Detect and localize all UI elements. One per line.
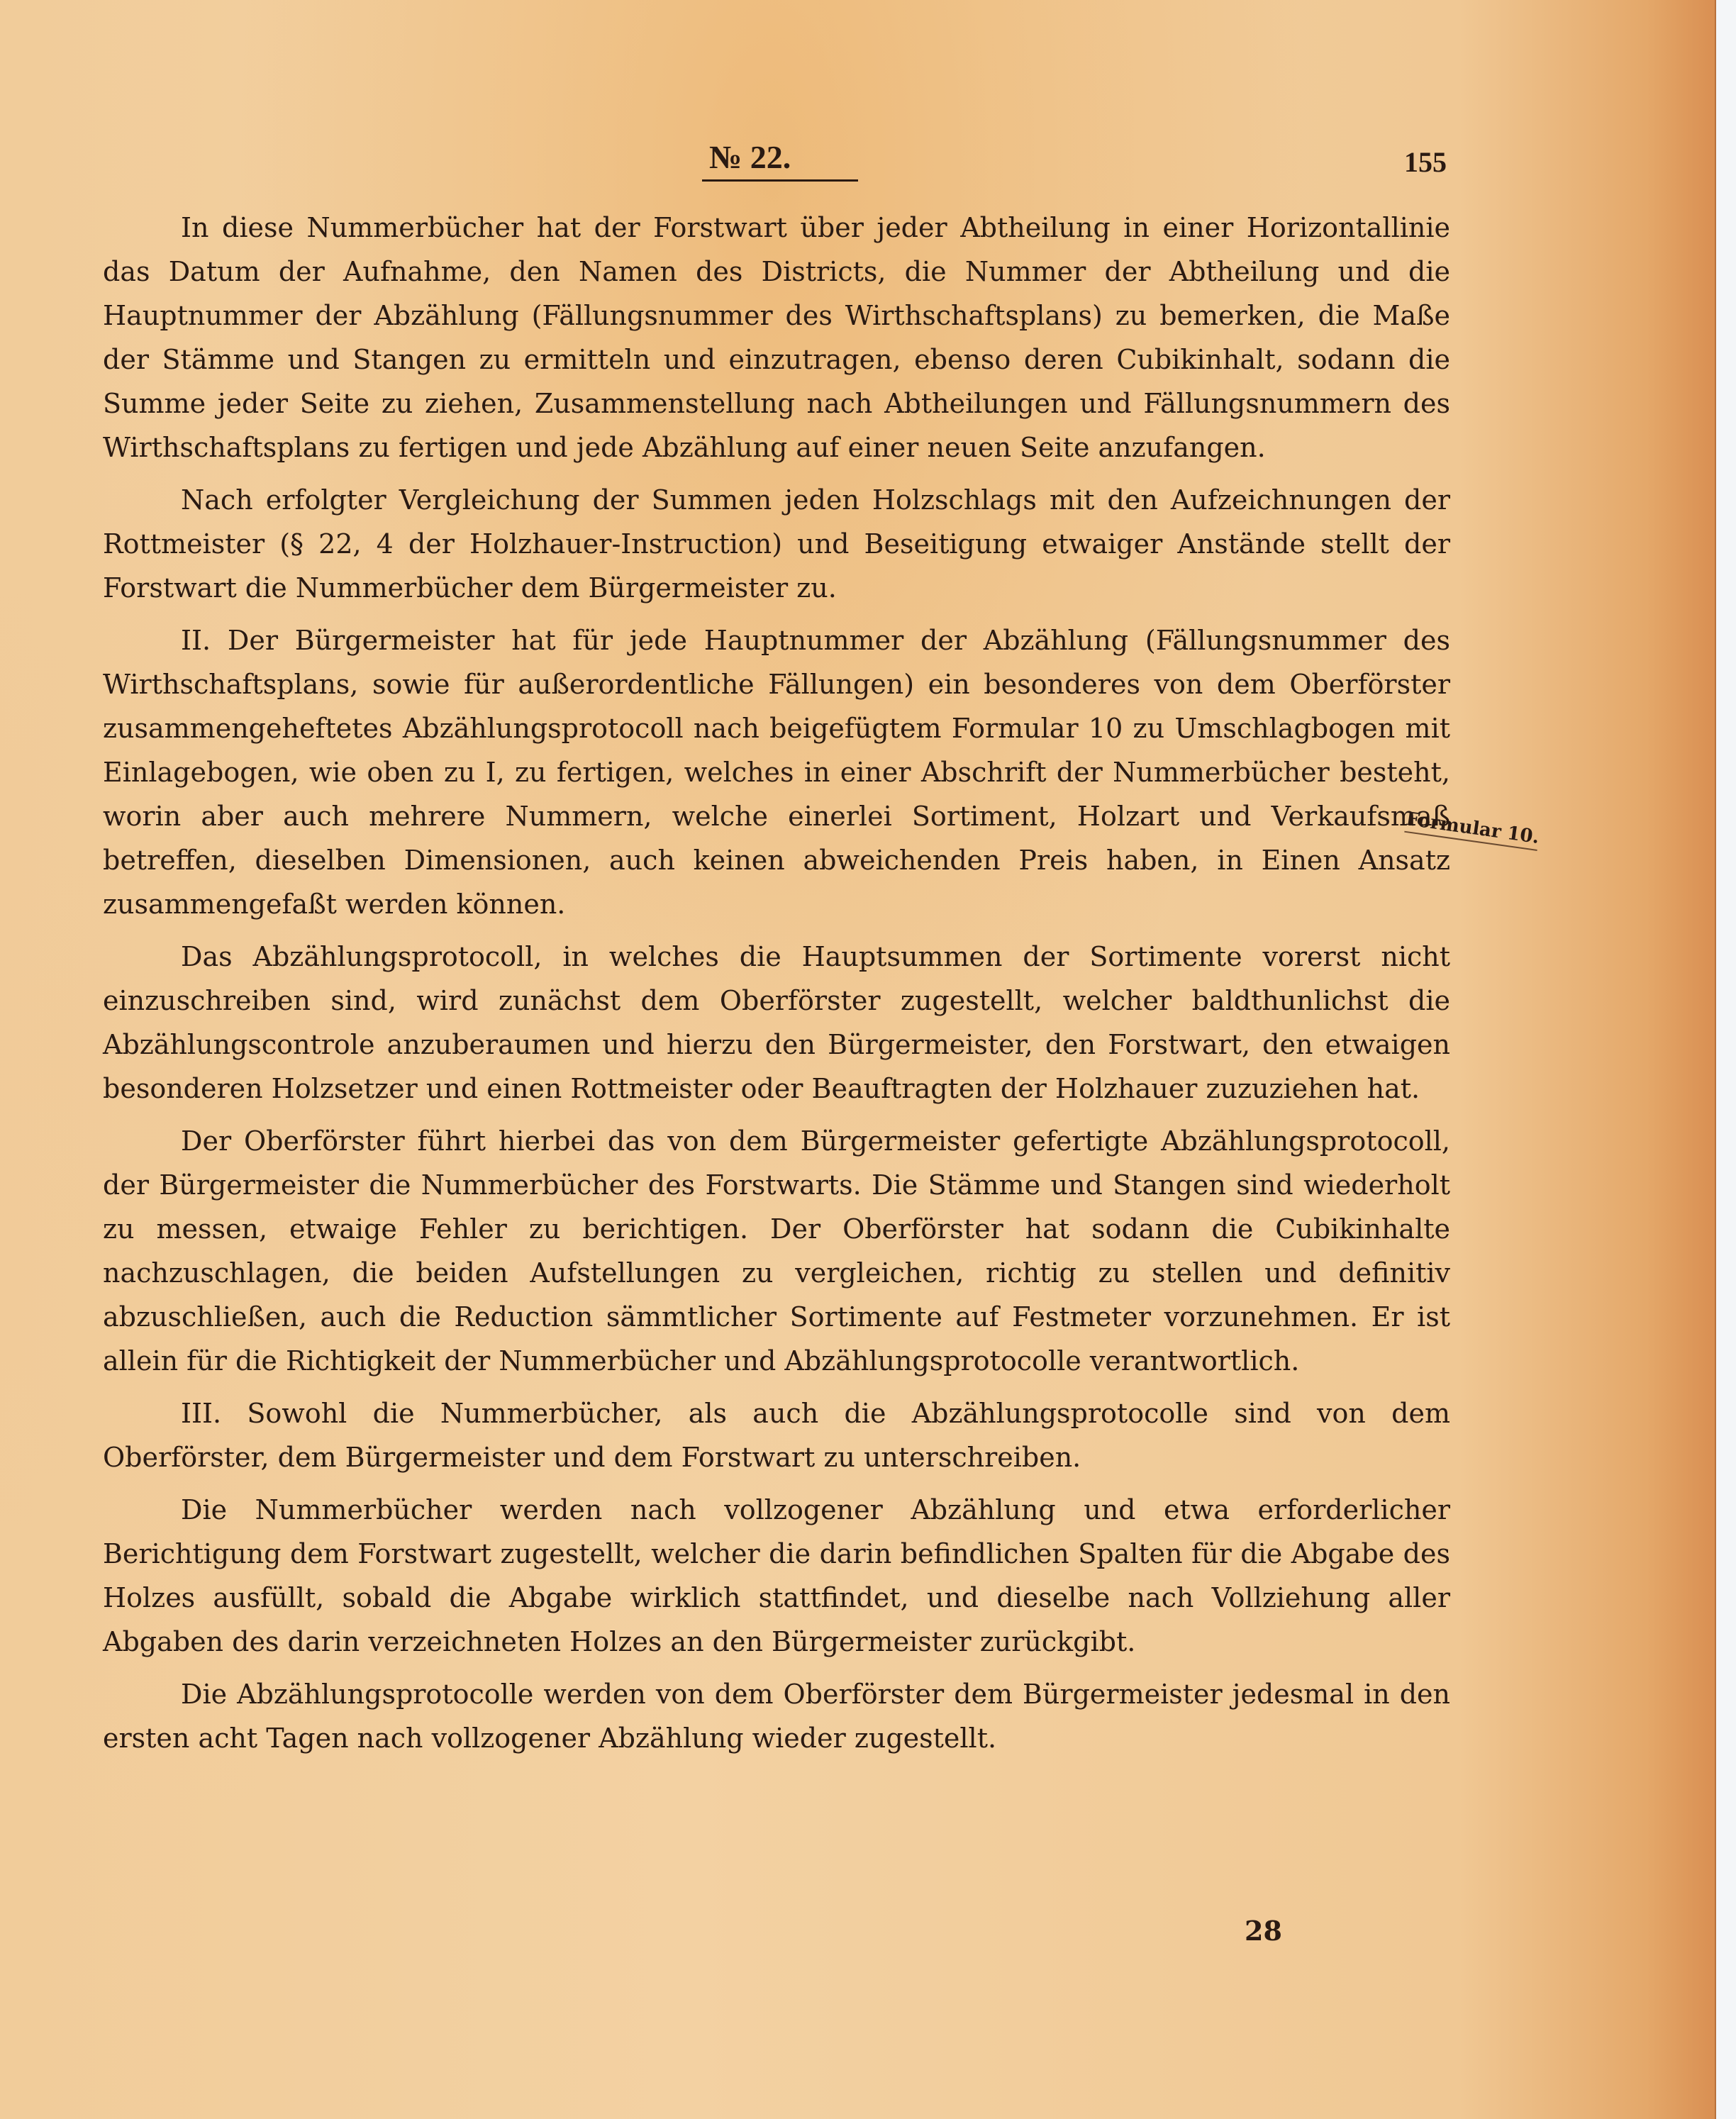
page-header: № 22. 155 [695, 138, 1447, 195]
issue-underline [702, 179, 858, 182]
paragraph-7: Die Nummerbücher werden nach vollzogener… [103, 1488, 1450, 1664]
paragraph-3: II. Der Bürgermeister hat für jede Haupt… [103, 618, 1450, 926]
issue-number: № 22. [709, 138, 791, 176]
paragraph-8: Die Abzählungsprotocolle werden von dem … [103, 1672, 1450, 1760]
signature-mark: 28 [1245, 1915, 1282, 1947]
paragraph-6: III. Sowohl die Nummerbücher, als auch d… [103, 1391, 1450, 1479]
paragraph-1: In diese Nummerbücher hat der Forstwart … [103, 206, 1450, 469]
paragraph-4: Das Abzählungsprotocoll, in welches die … [103, 935, 1450, 1111]
paragraph-2: Nach erfolgter Vergleichung der Summen j… [103, 478, 1450, 610]
document-page: № 22. 155 In diese Nummerbücher hat der … [0, 0, 1715, 2119]
body-text: In diese Nummerbücher hat der Forstwart … [103, 206, 1450, 1769]
page-number: 155 [1404, 145, 1447, 179]
paragraph-5: Der Oberförster führt hierbei das von de… [103, 1119, 1450, 1383]
